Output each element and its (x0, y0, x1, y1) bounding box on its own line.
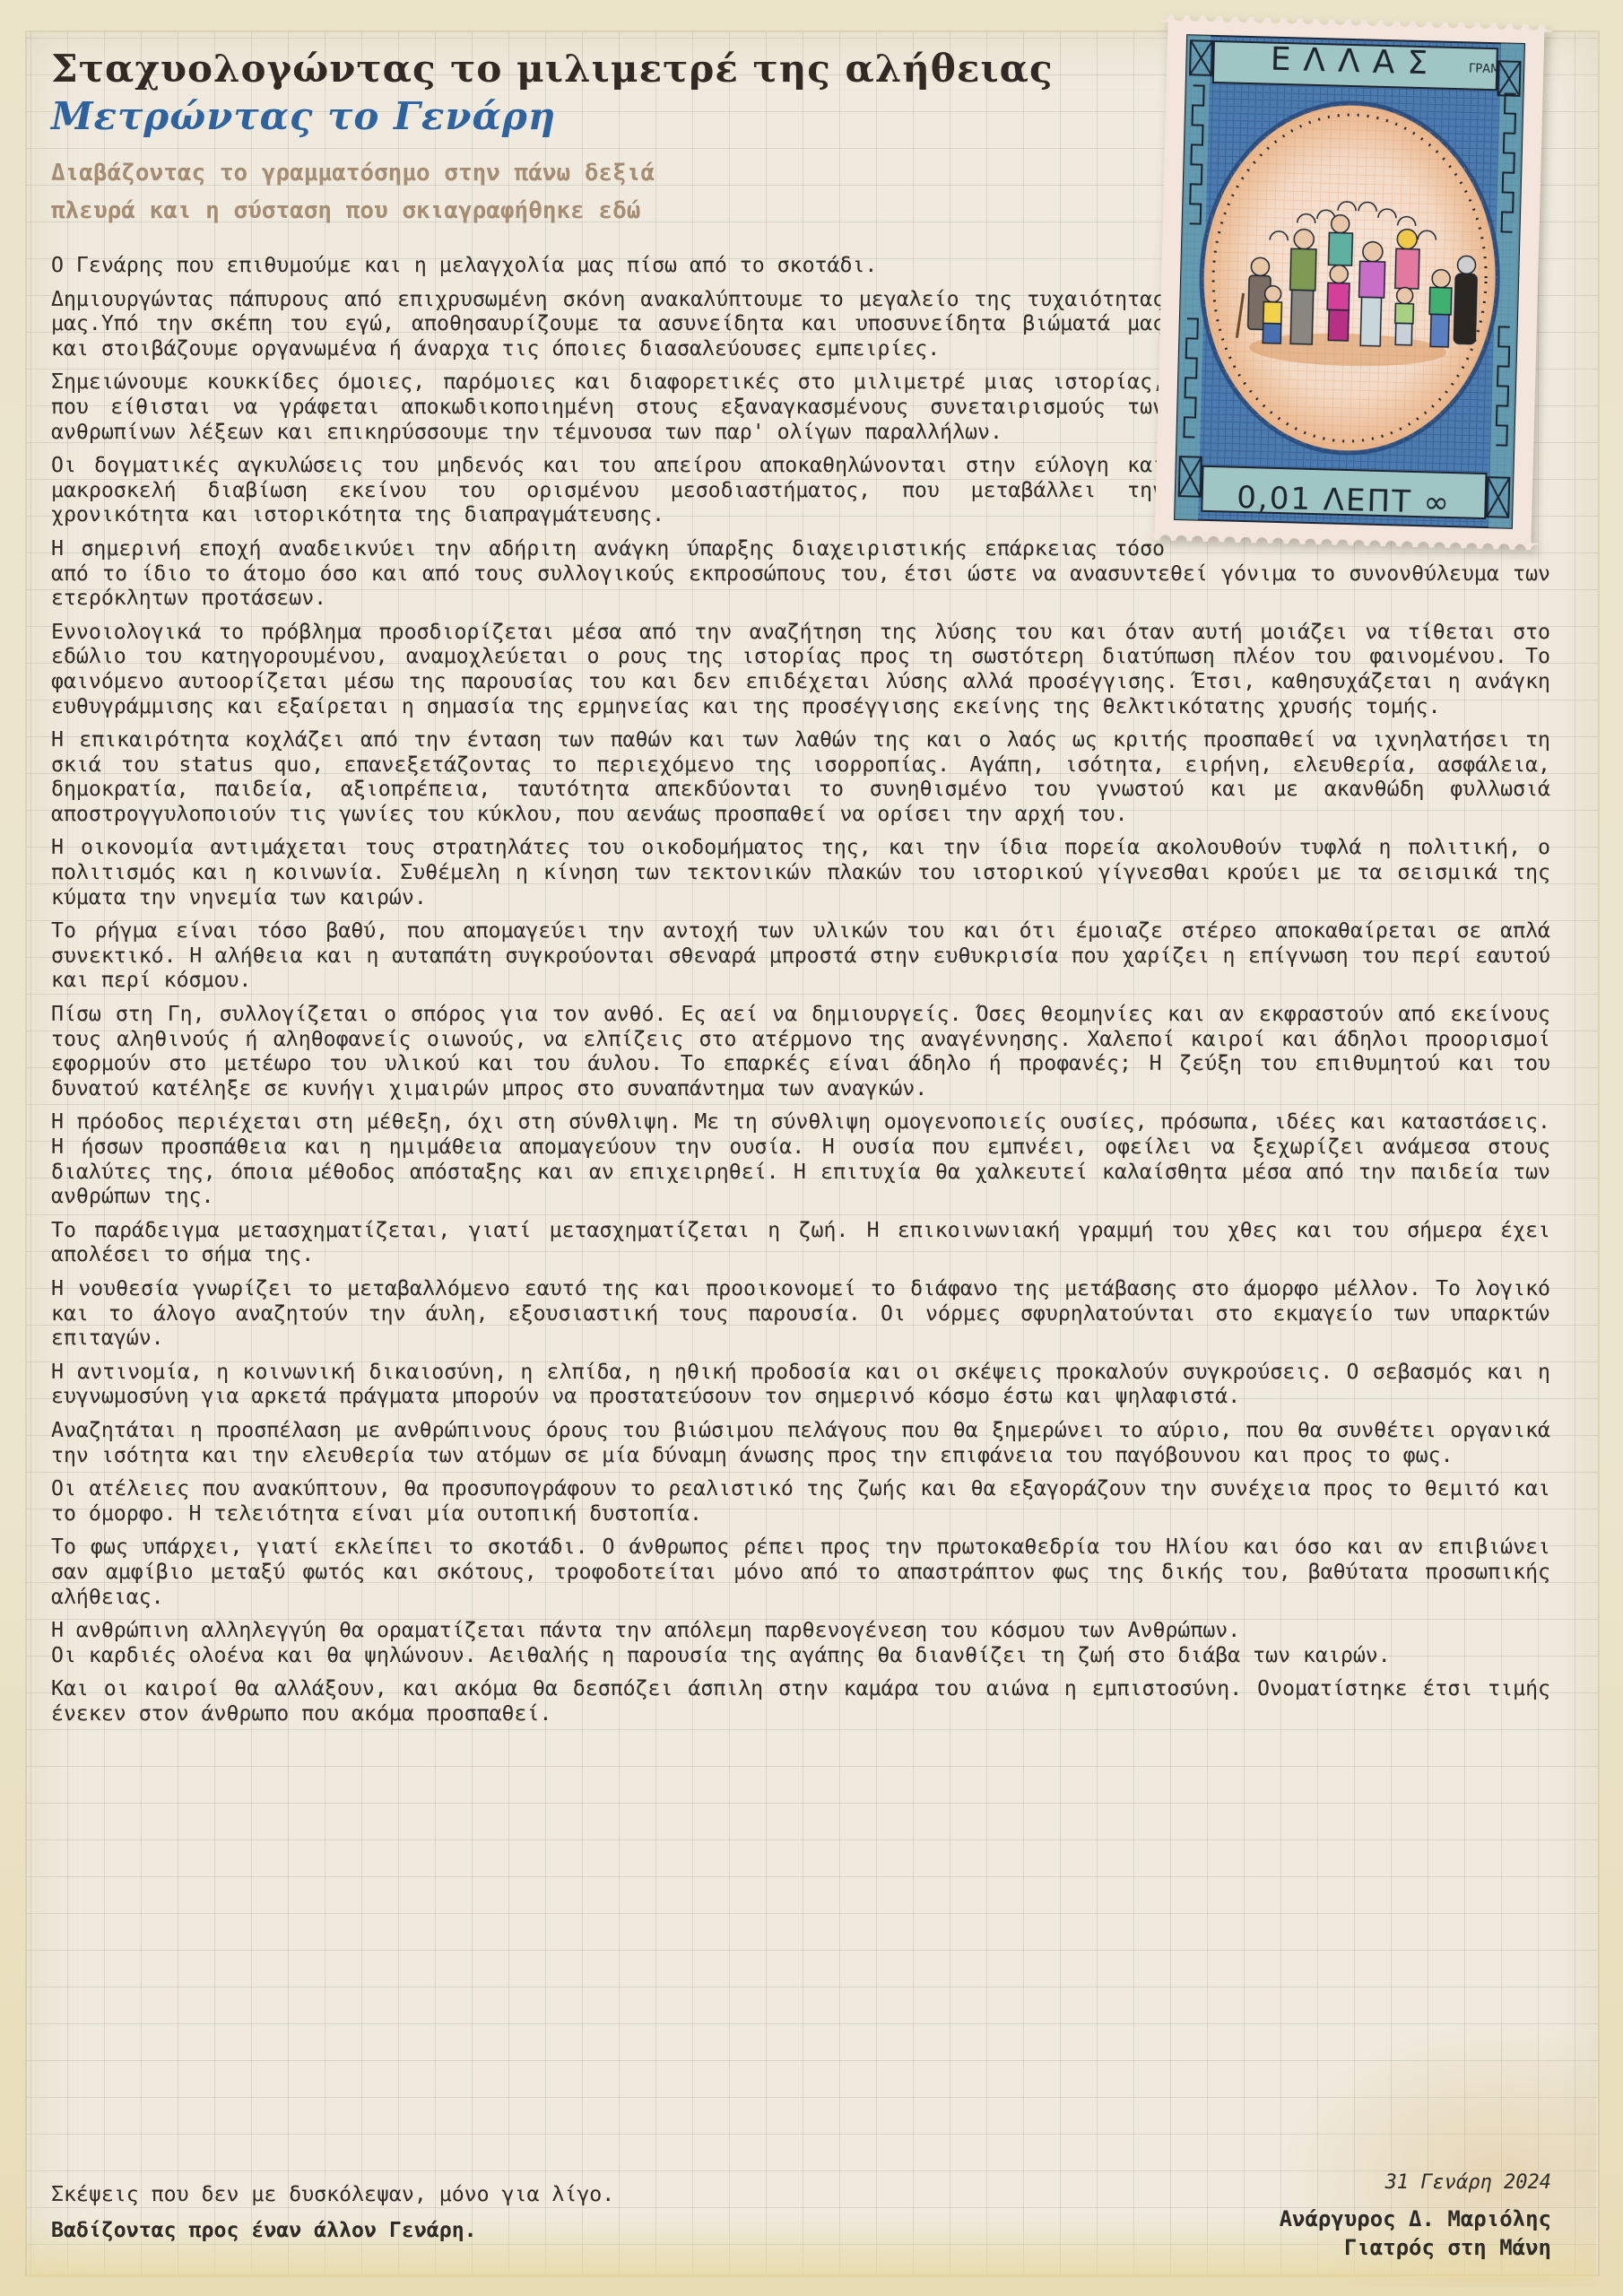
document-subtitle: Μετρώντας το Γενάρη (51, 94, 556, 138)
stamp-artwork (1155, 22, 1545, 544)
paragraph: Η ανθρώπινη αλληλεγγύη θα οραματίζεται π… (51, 1618, 1550, 1643)
signature-block: 31 Γενάρη 2024 Ανάργυρος Δ. Μαριόλης Για… (1280, 2169, 1551, 2262)
signature-name: Ανάργυρος Δ. Μαριόλης (1280, 2205, 1551, 2233)
paragraph: Το φως υπάρχει, γιατί εκλείπει το σκοτάδ… (51, 1535, 1550, 1609)
closing-line: Σκέψεις που δεν με δυσκόλεψαν, μόνο για … (51, 2181, 614, 2208)
signature-role: Γιατρός στη Μάνη (1280, 2233, 1551, 2262)
postage-stamp: ΕΛΛΑΣ ΓΡΑΜ 0,01 ΛΕΠΤ ∞ (1155, 22, 1545, 544)
paragraph: Η οικονομία αντιμάχεται τους στρατηλάτες… (51, 835, 1550, 909)
paragraph: Το ρήγμα είναι τόσο βαθύ, που απομαγεύει… (51, 918, 1550, 993)
closing-lines: Σκέψεις που δεν με δυσκόλεψαν, μόνο για … (51, 2181, 614, 2244)
closing-line-bold: Βαδίζοντας προς έναν άλλον Γενάρη. (51, 2217, 614, 2244)
paragraph: Αναζητάται η προσπέλαση με ανθρώπινους ό… (51, 1418, 1550, 1467)
paragraph: Και οι καιροί θα αλλάξουν, και ακόμα θα … (51, 1676, 1550, 1726)
signature-date: 31 Γενάρη 2024 (1280, 2169, 1551, 2197)
lede-line: Διαβάζοντας το γραμματόσημο στην πάνω δε… (51, 154, 858, 192)
paragraph: Η επικαιρότητα κοχλάζει από την ένταση τ… (51, 727, 1550, 826)
stamp-gram: ΓΡΑΜ (1469, 62, 1501, 76)
paragraph: Το παράδειγμα μετασχηματίζεται, γιατί με… (51, 1218, 1550, 1267)
paragraph: Η νουθεσία γνωρίζει το μεταβαλλόμενο εαυ… (51, 1276, 1550, 1351)
paragraph: Οι καρδιές ολοένα και θα ψηλώνουν. Αειθα… (51, 1643, 1550, 1668)
paragraph: Εννοιολογικά το πρόβλημα προσδιορίζεται … (51, 620, 1550, 718)
paragraph: Η σημερινή εποχή αναδεικνύει την αδήριτη… (51, 536, 1550, 611)
paragraph: Η αντινομία, η κοινωνική δικαιοσύνη, η ε… (51, 1360, 1550, 1409)
paragraph: Η πρόοδος περιέχεται στη μέθεξη, όχι στη… (51, 1109, 1550, 1208)
paragraph: Οι ατέλειες που ανακύπτουν, θα προσυπογρ… (51, 1476, 1550, 1526)
lede-line: πλευρά και η σύσταση που σκιαγραφήθηκε ε… (51, 192, 858, 230)
paragraph: Πίσω στη Γη, συλλογίζεται ο σπόρος για τ… (51, 1002, 1550, 1100)
document-title: Σταχυολογώντας το μιλιμετρέ της αλήθειας (51, 47, 1054, 91)
lede: Διαβάζοντας το γραμματόσημο στην πάνω δε… (51, 154, 858, 230)
